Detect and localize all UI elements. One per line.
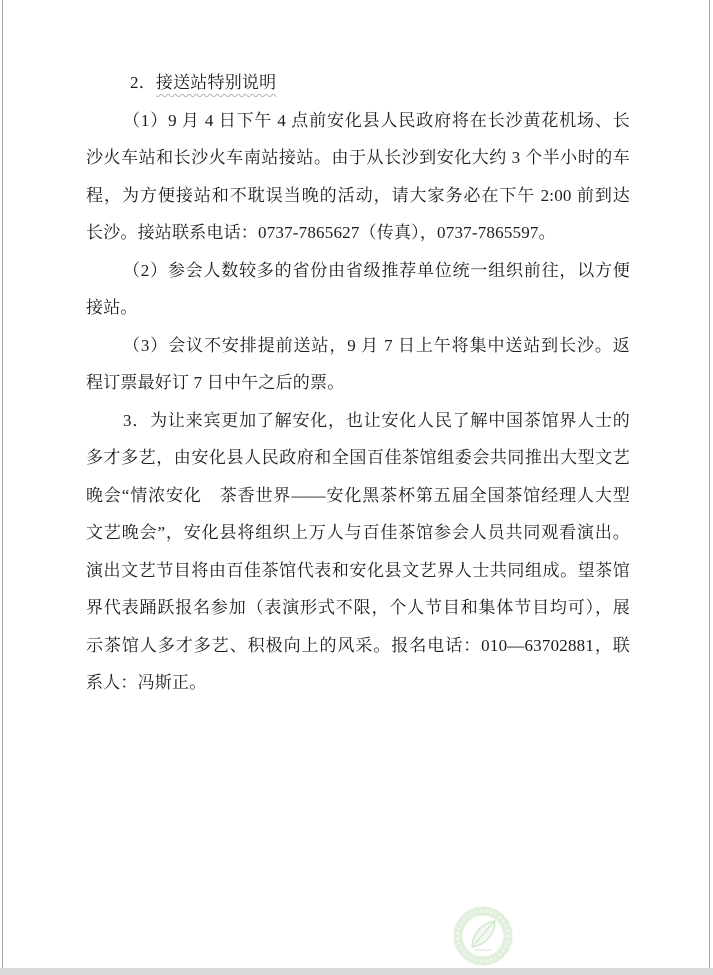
paragraph-line: （2）参会人数较多的省份由省级推荐单位统一组织前往，以方便 xyxy=(86,252,630,290)
paragraph-line: 系人：冯斯正。 xyxy=(86,664,630,702)
heading-title: 接送站特别说明 xyxy=(156,73,276,92)
paragraph-line: 示茶馆人多才多艺、积极向上的风采。报名电话：010—63702881，联 xyxy=(86,627,630,665)
document-page: 2．接送站特别说明 （1）9 月 4 日下午 4 点前安化县人民政府将在长沙黄花… xyxy=(0,0,713,975)
page-edge-bottom xyxy=(0,968,713,975)
section-heading: 2．接送站特别说明 xyxy=(86,64,630,102)
paragraph-line: 演出文艺节目将由百佳茶馆代表和安化县文艺界人士共同组成。望茶馆 xyxy=(86,552,630,590)
paragraph-line: （3）会议不安排提前送站，9 月 7 日上午将集中送站到长沙。返 xyxy=(86,327,630,365)
paragraph-line: 沙火车站和长沙火车南站接站。由于从长沙到安化大约 3 个半小时的车 xyxy=(86,139,630,177)
page-edge-left xyxy=(2,0,3,968)
paragraph-line: 接站。 xyxy=(86,289,630,327)
paragraph-line: 文艺晚会”，安化县将组织上万人与百佳茶馆参会人员共同观看演出。 xyxy=(86,514,630,552)
paragraph-line: 界代表踊跃报名参加（表演形式不限，个人节目和集体节目均可），展 xyxy=(86,589,630,627)
document-text: 2．接送站特别说明 （1）9 月 4 日下午 4 点前安化县人民政府将在长沙黄花… xyxy=(86,64,630,702)
paragraph-line: 长沙。接站联系电话：0737-7865627（传真），0737-7865597。 xyxy=(86,214,630,252)
heading-number: 2． xyxy=(130,73,156,92)
paragraph-line: 程订票最好订 7 日中午之后的票。 xyxy=(86,364,630,402)
page-edge-right xyxy=(709,0,710,968)
leaf-watermark-icon xyxy=(453,906,513,966)
paragraph-line: 3．为让来宾更加了解安化，也让安化人民了解中国茶馆界人士的 xyxy=(86,402,630,440)
paragraph-line: 多才多艺，由安化县人民政府和全国百佳茶馆组委会共同推出大型文艺 xyxy=(86,439,630,477)
paragraph-line: 程，为方便接站和不耽误当晚的活动，请大家务必在下午 2:00 前到达 xyxy=(86,177,630,215)
paragraph-line: 晚会“情浓安化 茶香世界——安化黑茶杯第五届全国茶馆经理人大型 xyxy=(86,477,630,515)
paragraph-line: （1）9 月 4 日下午 4 点前安化县人民政府将在长沙黄花机场、长 xyxy=(86,102,630,140)
